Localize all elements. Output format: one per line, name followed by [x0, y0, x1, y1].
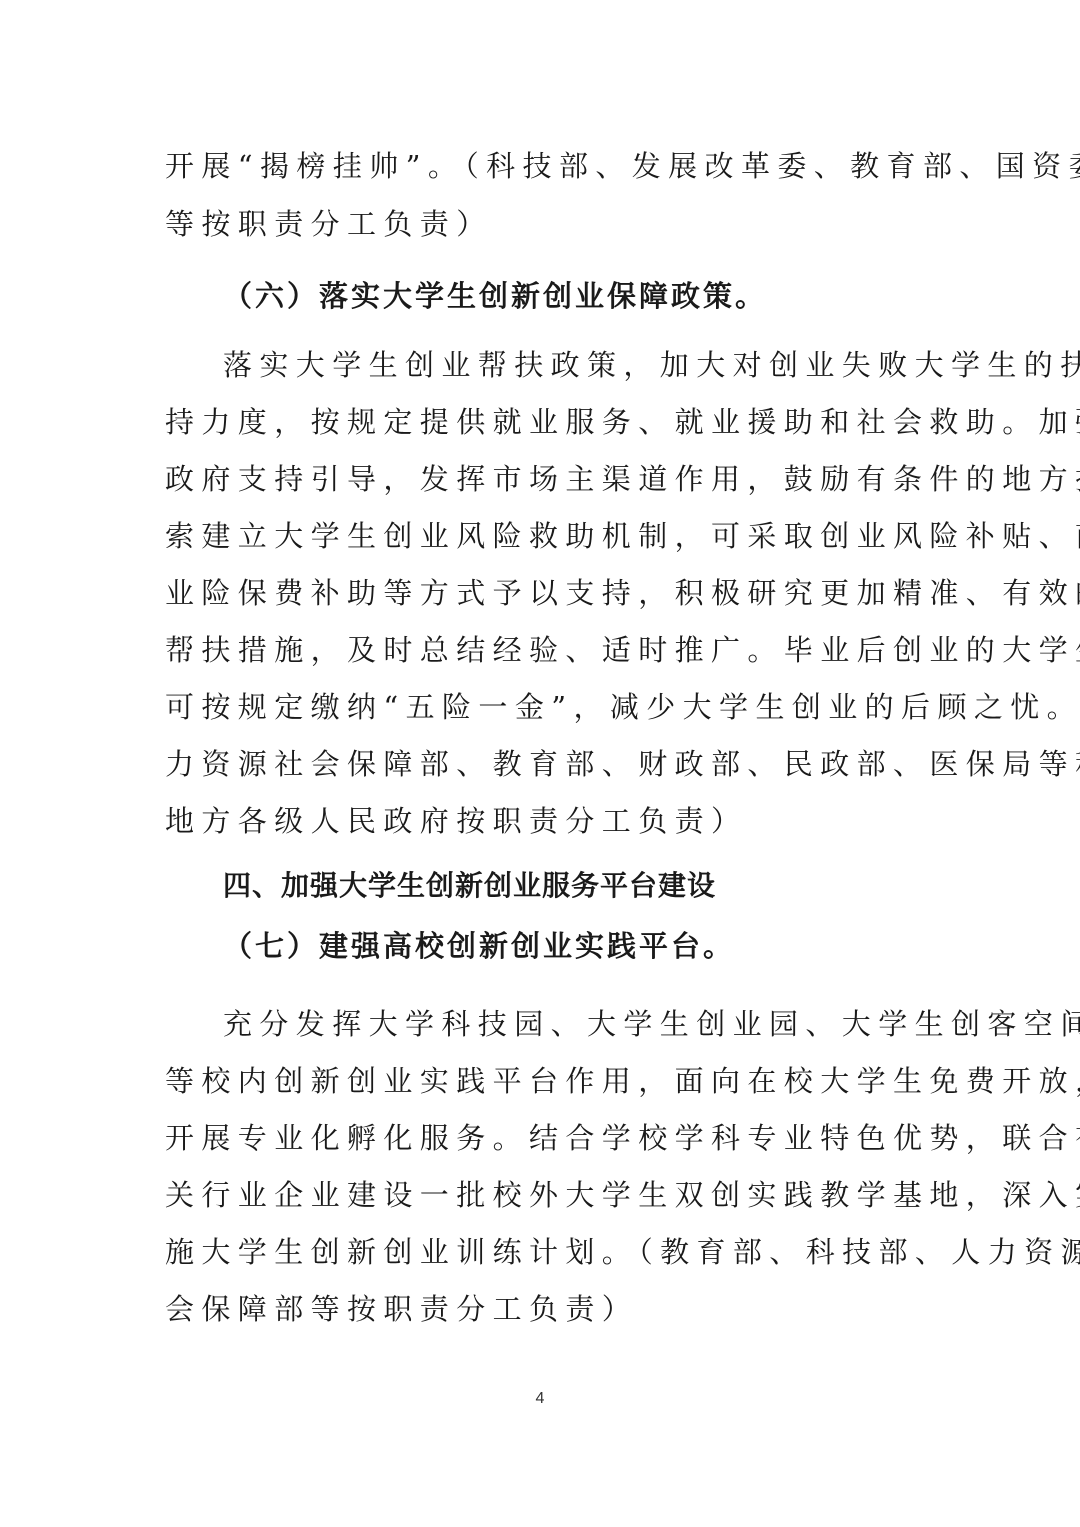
text-line: 持力度，按规定提供就业服务、就业援助和社会救助。加强	[165, 402, 917, 442]
text-line: 关行业企业建设一批校外大学生双创实践教学基地，深入实	[165, 1175, 917, 1215]
text-line: 开展“揭榜挂帅”。（科技部、发展改革委、教育部、国资委	[165, 146, 917, 186]
text-line: 帮扶措施，及时总结经验、适时推广。毕业后创业的大学生	[165, 630, 917, 670]
text-line: 等按职责分工负责）	[165, 204, 917, 244]
page-number: 4	[0, 1390, 1080, 1408]
text-line: 索建立大学生创业风险救助机制，可采取创业风险补贴、商	[165, 516, 917, 556]
text-line: 会保障部等按职责分工负责）	[165, 1289, 917, 1329]
text-line: 政府支持引导，发挥市场主渠道作用，鼓励有条件的地方探	[165, 459, 917, 499]
text-line: 力资源社会保障部、教育部、财政部、民政部、医保局等和	[165, 744, 917, 784]
text-line: 可按规定缴纳“五险一金”，减少大学生创业的后顾之忧。（人	[165, 687, 917, 727]
subheading-6: （六）落实大学生创新创业保障政策。	[223, 276, 975, 316]
text-line: 落实大学生创业帮扶政策，加大对创业失败大学生的扶	[223, 345, 975, 385]
text-line: 施大学生创新创业训练计划。（教育部、科技部、人力资源社	[165, 1232, 917, 1272]
document-page: 开展“揭榜挂帅”。（科技部、发展改革委、教育部、国资委 等按职责分工负责） （六…	[0, 0, 1080, 1527]
subheading-7: （七）建强高校创新创业实践平台。	[223, 926, 975, 966]
text-line: 开展专业化孵化服务。结合学校学科专业特色优势，联合有	[165, 1118, 917, 1158]
text-line: 地方各级人民政府按职责分工负责）	[165, 801, 917, 841]
section-heading-4: 四、加强大学生创新创业服务平台建设	[223, 866, 975, 906]
text-line: 充分发挥大学科技园、大学生创业园、大学生创客空间	[223, 1004, 975, 1044]
text-line: 业险保费补助等方式予以支持，积极研究更加精准、有效的	[165, 573, 917, 613]
text-line: 等校内创新创业实践平台作用，面向在校大学生免费开放，	[165, 1061, 917, 1101]
